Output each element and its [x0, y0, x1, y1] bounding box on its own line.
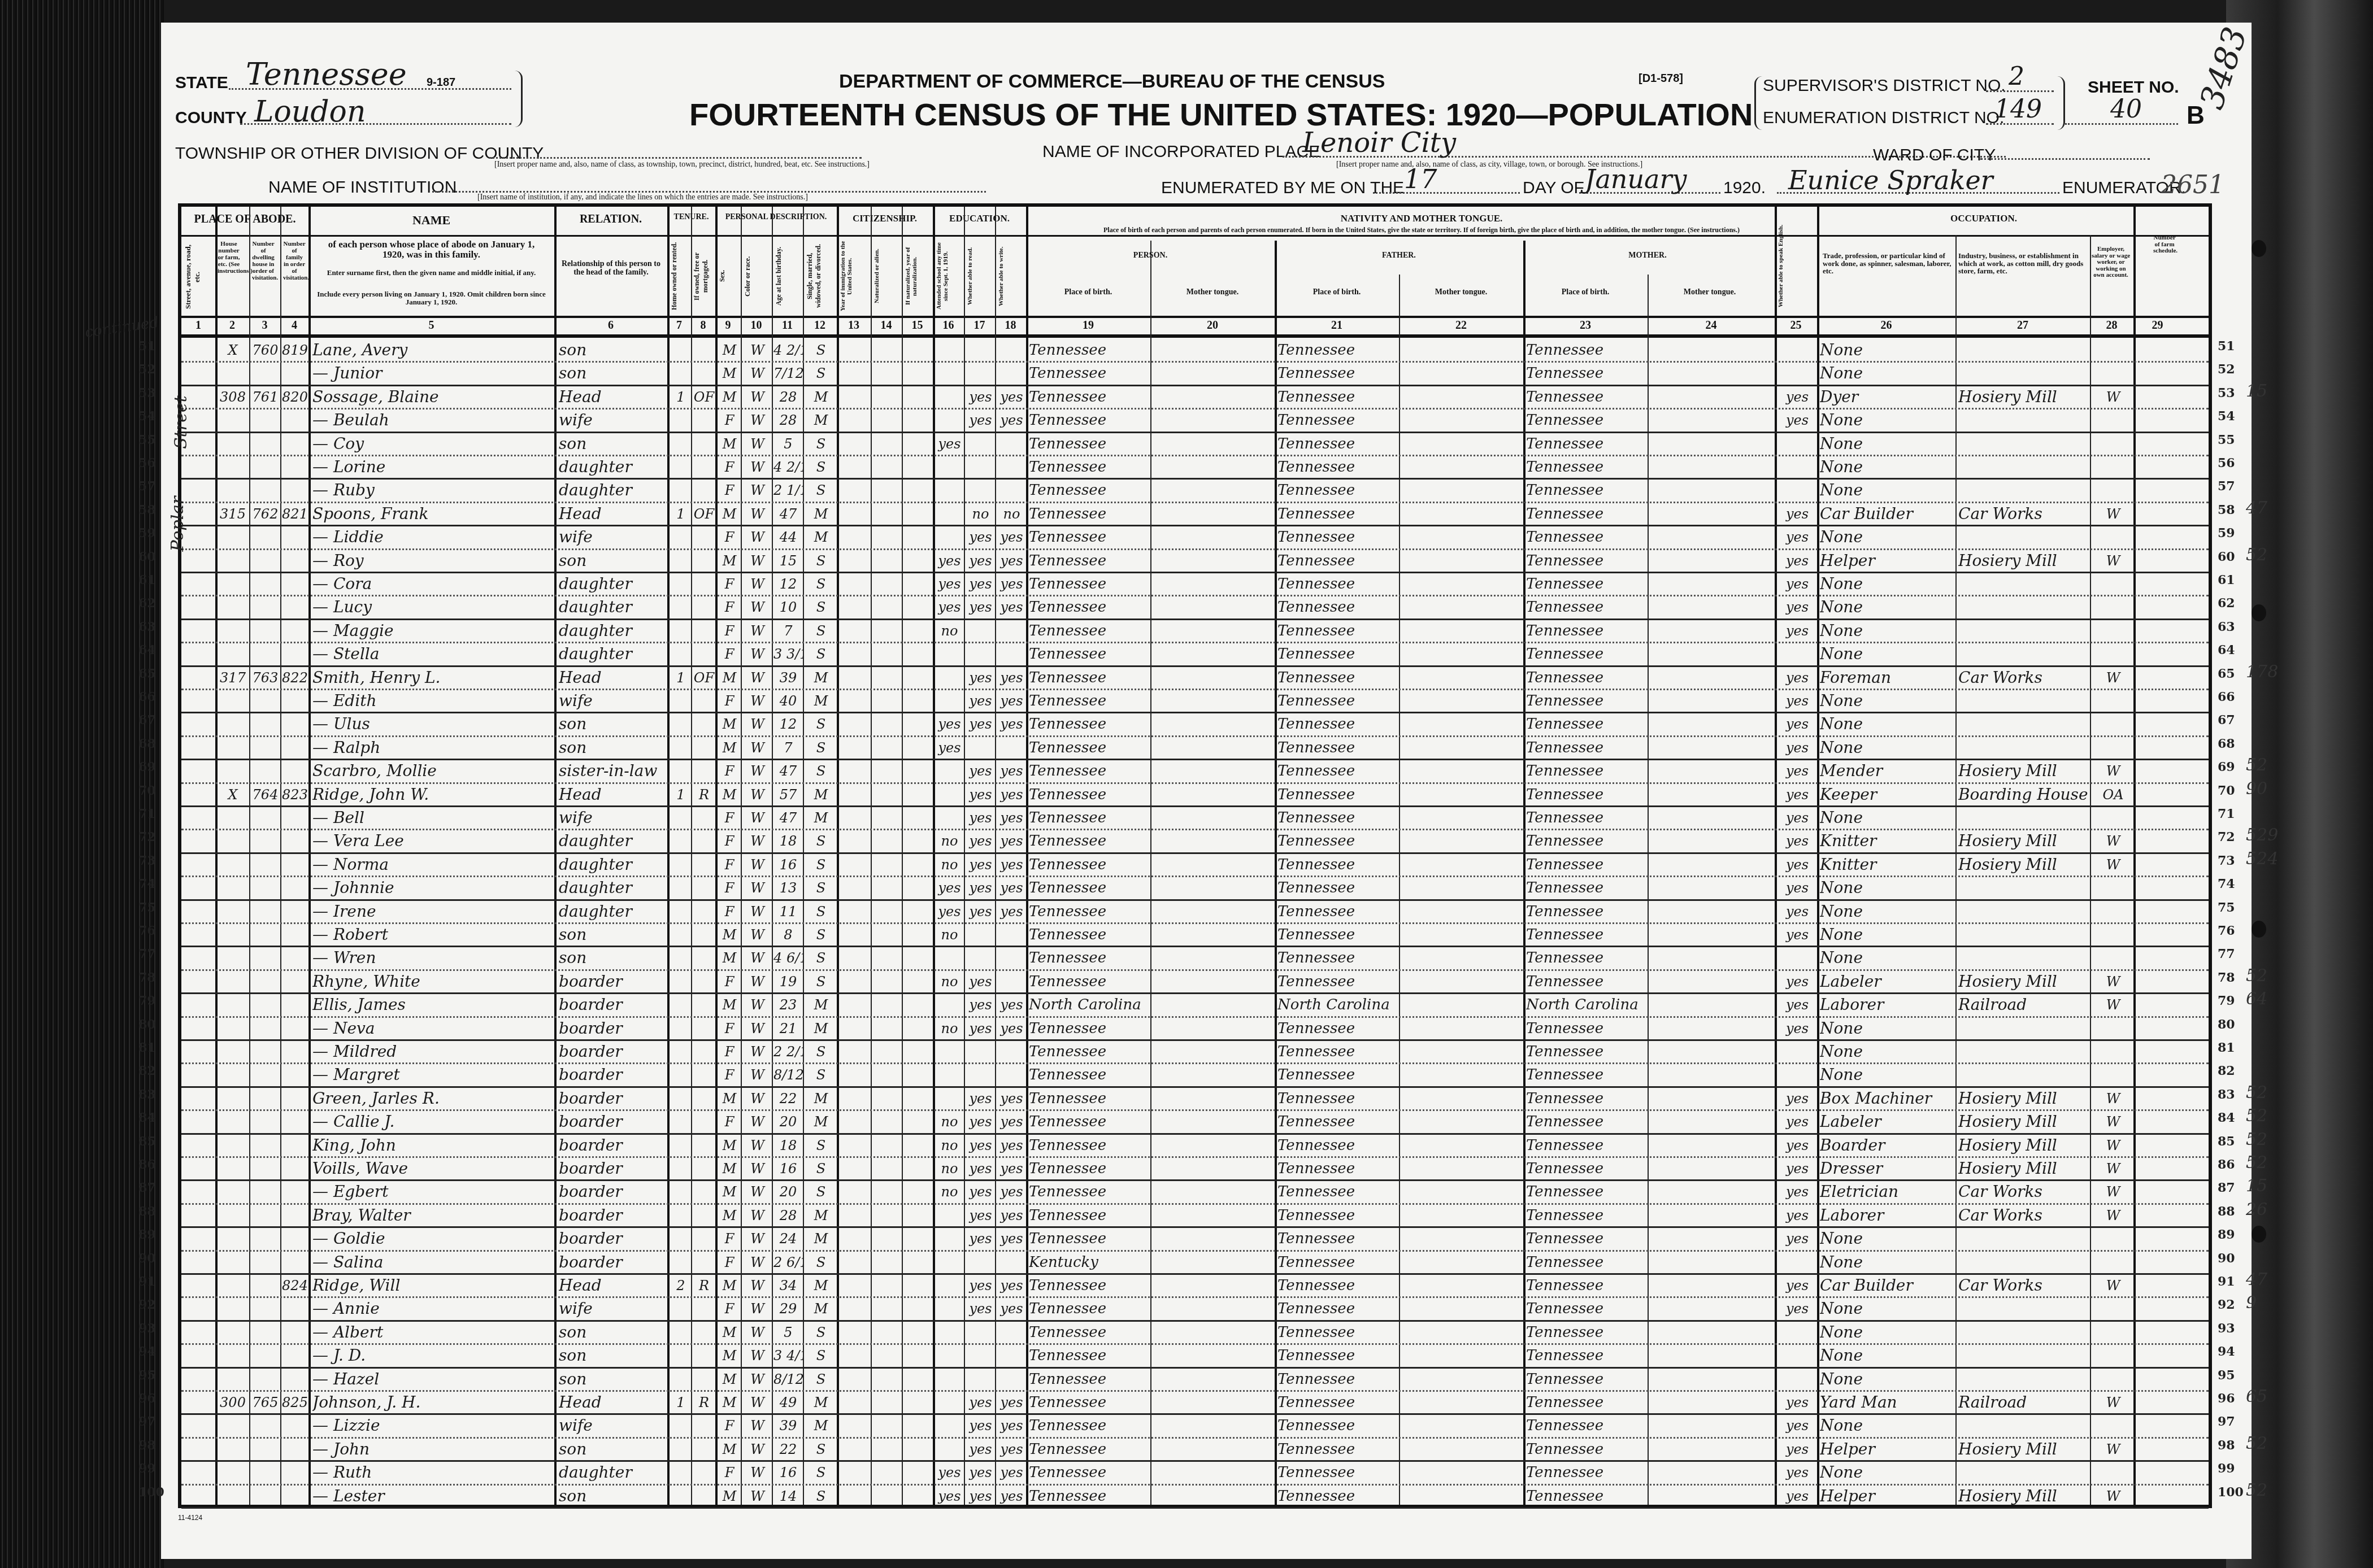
mother-birthplace-cell: Tennessee: [1526, 1133, 1648, 1155]
person-birthplace-cell: Tennessee: [1029, 595, 1150, 617]
race-cell: W: [743, 735, 772, 757]
house-number-cell: 300: [216, 1390, 249, 1412]
line-number: 62: [2218, 596, 2235, 611]
industry-cell: [1958, 619, 2090, 641]
mortgage-cell: [693, 712, 715, 734]
family-number-cell: [281, 1437, 308, 1459]
race-cell: W: [743, 969, 772, 991]
class-of-worker-cell: W: [2093, 1203, 2133, 1225]
house-number-cell: [216, 1156, 249, 1178]
dwelling-number-cell: 764: [250, 782, 280, 804]
industry-cell: [1958, 1250, 2090, 1272]
table-row: — JuniorsonMW7/12STennesseeTennesseeTenn…: [181, 361, 2209, 386]
english-cell: yes: [1777, 899, 1817, 921]
marital-status-cell: M: [805, 805, 837, 827]
column-number: 13: [837, 319, 871, 332]
line-number: 93: [2218, 1321, 2235, 1336]
group-relation: RELATION.: [554, 214, 667, 225]
relation-cell: Head: [559, 782, 667, 804]
english-cell: yes: [1777, 1413, 1817, 1435]
mortgage-cell: [693, 1296, 715, 1318]
street-cell: [181, 361, 215, 383]
mortgage-cell: [693, 852, 715, 874]
column-number: 6: [554, 319, 667, 332]
mother-birthplace-cell: Tennessee: [1526, 432, 1648, 454]
home-owned-cell: [671, 712, 691, 734]
read-cell: yes: [966, 782, 995, 804]
family-number-cell: [281, 992, 308, 1014]
person-birthplace-cell: Tennessee: [1029, 455, 1150, 477]
punch-hole: [2252, 604, 2266, 621]
read-cell: [966, 1367, 995, 1389]
age-cell: 21: [773, 1016, 803, 1038]
mother-birthplace-cell: Tennessee: [1526, 1179, 1648, 1201]
marital-status-cell: M: [805, 1273, 837, 1295]
house-number-cell: [216, 712, 249, 734]
census-table: PLACE OF ABODE. NAME of each person whos…: [178, 203, 2212, 1508]
industry-cell: Hosiery Mill: [1958, 852, 2090, 874]
school-cell: [935, 1226, 964, 1248]
line-number: 66: [2218, 690, 2235, 704]
mother-birthplace-cell: Tennessee: [1526, 899, 1648, 921]
trade-cell: Car Builder: [1820, 1273, 1955, 1295]
table-row: — MildredboarderFW2 2/12STennesseeTennes…: [181, 1039, 2209, 1064]
house-number-cell: [216, 1179, 249, 1201]
father-birthplace-cell: Tennessee: [1277, 1343, 1399, 1365]
trade-cell: None: [1820, 899, 1955, 921]
dwelling-number-cell: [250, 852, 280, 874]
person-birthplace-cell: Tennessee: [1029, 759, 1150, 781]
sheet-side: B: [2187, 102, 2205, 130]
marital-status-cell: M: [805, 1296, 837, 1318]
english-cell: yes: [1777, 969, 1817, 991]
house-number-cell: [216, 922, 249, 944]
school-cell: [935, 946, 964, 968]
english-cell: yes: [1777, 1460, 1817, 1482]
name-cell: — Bell: [312, 805, 554, 827]
industry-cell: [1958, 595, 2090, 617]
marital-status-cell: S: [805, 922, 837, 944]
sex-cell: F: [718, 1413, 741, 1435]
marital-status-cell: M: [805, 1413, 837, 1435]
name-cell: — Norma: [312, 852, 554, 874]
school-cell: yes: [935, 1484, 964, 1506]
english-cell: yes: [1777, 665, 1817, 687]
family-number-cell: 822: [281, 665, 308, 687]
father-birthplace-cell: Tennessee: [1277, 408, 1399, 430]
sex-cell: M: [718, 782, 741, 804]
read-cell: yes: [966, 1437, 995, 1459]
mother-birthplace-cell: Tennessee: [1526, 572, 1648, 594]
street-cell: [181, 735, 215, 757]
english-cell: yes: [1777, 1133, 1817, 1155]
write-cell: [997, 1250, 1026, 1272]
mother-birthplace-cell: Tennessee: [1526, 759, 1648, 781]
english-cell: yes: [1777, 852, 1817, 874]
class-of-worker-cell: [2093, 361, 2133, 383]
age-cell: 5: [773, 1320, 803, 1342]
table-row: — RoysonMW15SyesyesyesTennesseeTennessee…: [181, 548, 2209, 573]
class-of-worker-cell: [2093, 689, 2133, 711]
school-cell: no: [935, 1133, 964, 1155]
marital-status-cell: S: [805, 852, 837, 874]
read-cell: yes: [966, 385, 995, 407]
line-number: 94: [2218, 1344, 2235, 1359]
school-cell: [935, 1086, 964, 1108]
read-cell: [966, 946, 995, 968]
write-cell: yes: [997, 1460, 1026, 1482]
marital-status-cell: S: [805, 455, 837, 477]
write-cell: yes: [997, 1109, 1026, 1131]
table-row: Ellis, JamesboarderMW23MyesyesNorth Caro…: [181, 992, 2209, 1017]
father-birthplace-cell: Tennessee: [1277, 1484, 1399, 1506]
home-owned-cell: [671, 361, 691, 383]
marital-status-cell: S: [805, 1156, 837, 1178]
read-cell: [966, 1343, 995, 1365]
dwelling-number-cell: [250, 1109, 280, 1131]
school-cell: no: [935, 852, 964, 874]
name-cell: Bray, Walter: [312, 1203, 554, 1225]
father-birthplace-cell: Tennessee: [1277, 1226, 1399, 1248]
marital-status-cell: M: [805, 1390, 837, 1412]
family-number-cell: [281, 1296, 308, 1318]
family-number-cell: [281, 1413, 308, 1435]
mortgage-cell: R: [693, 782, 715, 804]
marital-status-cell: S: [805, 1367, 837, 1389]
dwelling-number-cell: [250, 525, 280, 547]
relation-cell: boarder: [559, 1133, 667, 1155]
trade-cell: Foreman: [1820, 665, 1955, 687]
sex-cell: M: [718, 1156, 741, 1178]
column-number: 16: [933, 319, 964, 332]
industry-cell: [1958, 689, 2090, 711]
father-birthplace-cell: Tennessee: [1277, 619, 1399, 641]
class-of-worker-cell: [2093, 1016, 2133, 1038]
table-row: — LizziewifeFW39MyesyesTennesseeTennesse…: [181, 1413, 2209, 1438]
industry-cell: Hosiery Mill: [1958, 1133, 2090, 1155]
street-cell: [181, 1320, 215, 1342]
enumeration-value: 149: [1994, 95, 2042, 124]
race-cell: W: [743, 1203, 772, 1225]
father-birthplace-cell: Tennessee: [1277, 1390, 1399, 1412]
occupation-code: 529: [2246, 825, 2278, 845]
marital-status-cell: M: [805, 689, 837, 711]
race-cell: W: [743, 829, 772, 851]
class-of-worker-cell: W: [2093, 665, 2133, 687]
class-of-worker-cell: [2093, 712, 2133, 734]
race-cell: W: [743, 1296, 772, 1318]
mother-birthplace-cell: Tennessee: [1526, 642, 1648, 664]
name-instr-1: Enter surname first, then the given name…: [317, 269, 546, 277]
mortgage-cell: [693, 642, 715, 664]
sheet-value: 40: [2110, 95, 2142, 124]
nativity-desc: Place of birth of each person and parent…: [1040, 227, 1803, 234]
family-number-cell: [281, 805, 308, 827]
street-cell: [181, 1296, 215, 1318]
dwelling-number-cell: [250, 1016, 280, 1038]
column-number: 14: [871, 319, 902, 332]
father-birthplace-cell: Tennessee: [1277, 1203, 1399, 1225]
dwelling-number-cell: [250, 1273, 280, 1295]
column-number: 18: [995, 319, 1026, 332]
dwelling-number-cell: [250, 1156, 280, 1178]
age-cell: 47: [773, 502, 803, 524]
marital-status-cell: S: [805, 572, 837, 594]
marital-status-cell: S: [805, 1133, 837, 1155]
marital-status-cell: S: [805, 712, 837, 734]
family-number-cell: [281, 1343, 308, 1365]
age-cell: 24: [773, 1226, 803, 1248]
name-cell: — Ralph: [312, 735, 554, 757]
column-number: 19: [1026, 319, 1150, 332]
person-birthplace-cell: North Carolina: [1029, 992, 1150, 1014]
person-birthplace-cell: Tennessee: [1029, 1226, 1150, 1248]
line-number: 74: [2218, 877, 2235, 891]
relation-cell: son: [559, 712, 667, 734]
read-cell: yes: [966, 1156, 995, 1178]
family-number-cell: [281, 1250, 308, 1272]
dwelling-number-cell: [250, 1320, 280, 1342]
house-number-cell: 315: [216, 502, 249, 524]
father-birthplace-cell: Tennessee: [1277, 876, 1399, 898]
dwelling-number-cell: [250, 992, 280, 1014]
enumerator-stamp: 2651: [2161, 171, 2224, 199]
marital-status-cell: S: [805, 829, 837, 851]
line-number: 52: [2218, 362, 2235, 377]
trade-cell: None: [1820, 922, 1955, 944]
father-birthplace-cell: Tennessee: [1277, 455, 1399, 477]
group-header-divider: [181, 235, 2209, 237]
line-number: 96: [2218, 1391, 2235, 1406]
group-name: NAME: [308, 214, 554, 227]
table-row: — RuthdaughterFW16SyesyesyesTennesseeTen…: [181, 1460, 2209, 1485]
bracket: [2057, 76, 2065, 130]
class-of-worker-cell: [2093, 455, 2133, 477]
write-cell: [997, 1062, 1026, 1084]
name-cell: — Coy: [312, 432, 554, 454]
line-number: 96: [138, 1391, 156, 1406]
person-birthplace-cell: Tennessee: [1029, 1062, 1150, 1084]
line-number: 82: [138, 1064, 156, 1078]
school-cell: yes: [935, 1460, 964, 1482]
line-number: 61: [2218, 573, 2235, 587]
trade-cell: None: [1820, 455, 1955, 477]
vh-mortgage: If owned, free or mortgaged.: [693, 239, 713, 313]
industry-cell: Hosiery Mill: [1958, 1086, 2090, 1108]
street-cell: [181, 1413, 215, 1435]
table-row: — WrensonMW4 6/12STennesseeTennesseeTenn…: [181, 946, 2209, 970]
mortgage-cell: [693, 1437, 715, 1459]
township-label: TOWNSHIP OR OTHER DIVISION OF COUNTY: [175, 144, 544, 163]
person-birthplace-cell: Tennessee: [1029, 338, 1150, 360]
home-owned-cell: 2: [671, 1273, 691, 1295]
class-of-worker-cell: [2093, 899, 2133, 921]
name-cell: — Callie J.: [312, 1109, 554, 1131]
father-birthplace-cell: Tennessee: [1277, 595, 1399, 617]
relation-cell: daughter: [559, 572, 667, 594]
family-number-cell: [281, 712, 308, 734]
name-cell: — Hazel: [312, 1367, 554, 1389]
year-label: 1920.: [1723, 178, 1766, 198]
house-number-cell: [216, 735, 249, 757]
occupation-code: 47: [2246, 1270, 2267, 1290]
column-number: 21: [1275, 319, 1399, 332]
line-number: 60: [138, 550, 156, 564]
dwelling-number-cell: [250, 478, 280, 500]
name-cell: Sossage, Blaine: [312, 385, 554, 407]
relation-cell: wife: [559, 805, 667, 827]
table-row: — RalphsonMW7SyesTennesseeTennesseeTenne…: [181, 735, 2209, 760]
age-cell: 2 6/12: [773, 1250, 803, 1272]
occupation-code: 15: [2246, 1176, 2267, 1196]
trade-cell: None: [1820, 1016, 1955, 1038]
industry-cell: Railroad: [1958, 992, 2090, 1014]
line-number: 72: [138, 830, 156, 844]
industry-desc: Industry, business, or establishment in …: [1958, 252, 2088, 275]
mortgage-cell: [693, 969, 715, 991]
father-tongue-header: Mother tongue.: [1399, 289, 1523, 297]
school-cell: no: [935, 1179, 964, 1201]
sex-cell: F: [718, 525, 741, 547]
class-of-worker-cell: W: [2093, 502, 2133, 524]
family-number-cell: [281, 455, 308, 477]
line-number: 84: [138, 1110, 156, 1125]
race-cell: W: [743, 689, 772, 711]
street-cell: [181, 969, 215, 991]
footer-code: 11-4124: [178, 1514, 202, 1522]
english-cell: yes: [1777, 1226, 1817, 1248]
person-birthplace-cell: Tennessee: [1029, 1133, 1150, 1155]
dwelling-number-cell: [250, 1226, 280, 1248]
sex-cell: F: [718, 408, 741, 430]
write-cell: yes: [997, 525, 1026, 547]
father-birthplace-cell: Tennessee: [1277, 1250, 1399, 1272]
write-cell: [997, 361, 1026, 383]
english-cell: yes: [1777, 595, 1817, 617]
english-cell: yes: [1777, 1390, 1817, 1412]
age-cell: 18: [773, 829, 803, 851]
dwelling-number-cell: [250, 899, 280, 921]
english-cell: yes: [1777, 1437, 1817, 1459]
trade-cell: None: [1820, 1320, 1955, 1342]
sex-cell: F: [718, 1250, 741, 1272]
person-birthplace-cell: Tennessee: [1029, 1413, 1150, 1435]
person-birthplace-cell: Tennessee: [1029, 642, 1150, 664]
father-birthplace-cell: Tennessee: [1277, 1320, 1399, 1342]
industry-cell: Hosiery Mill: [1958, 385, 2090, 407]
marital-status-cell: M: [805, 1016, 837, 1038]
line-number: 90: [138, 1251, 156, 1266]
write-cell: no: [997, 502, 1026, 524]
trade-cell: Eletrician: [1820, 1179, 1955, 1201]
trade-cell: None: [1820, 642, 1955, 664]
mortgage-cell: [693, 992, 715, 1014]
home-owned-cell: [671, 1086, 691, 1108]
sex-cell: M: [718, 1343, 741, 1365]
family-number-cell: [281, 1133, 308, 1155]
relation-cell: son: [559, 338, 667, 360]
write-cell: [997, 455, 1026, 477]
person-birthplace-cell: Tennessee: [1029, 361, 1150, 383]
family-number-cell: [281, 689, 308, 711]
write-cell: yes: [997, 782, 1026, 804]
occupation-code: 52: [2246, 1434, 2267, 1453]
name-cell: — Stella: [312, 642, 554, 664]
family-number-cell: [281, 1156, 308, 1178]
table-row: — Callie J.boarderFW20MnoyesyesTennessee…: [181, 1109, 2209, 1134]
name-cell: — Goldie: [312, 1226, 554, 1248]
school-cell: yes: [935, 432, 964, 454]
street-cell: [181, 946, 215, 968]
institution-note: [Insert name of institution, if any, and…: [477, 193, 808, 202]
relation-cell: son: [559, 946, 667, 968]
write-cell: yes: [997, 899, 1026, 921]
line-number: 54: [2218, 409, 2235, 424]
mother-birthplace-cell: Tennessee: [1526, 922, 1648, 944]
mortgage-cell: [693, 455, 715, 477]
person-birthplace-cell: Tennessee: [1029, 829, 1150, 851]
column-number: 12: [803, 319, 837, 332]
read-cell: yes: [966, 689, 995, 711]
person-birthplace-cell: Tennessee: [1029, 1484, 1150, 1506]
relation-cell: sister-in-law: [559, 759, 667, 781]
street-cell: [181, 1343, 215, 1365]
father-birthplace-cell: Tennessee: [1277, 1133, 1399, 1155]
stamp-number: 3483: [2192, 23, 2254, 114]
relation-cell: son: [559, 1320, 667, 1342]
person-birthplace-cell: Tennessee: [1029, 1109, 1150, 1131]
sex-cell: F: [718, 876, 741, 898]
mortgage-cell: [693, 805, 715, 827]
write-cell: yes: [997, 1390, 1026, 1412]
column-number: 23: [1523, 319, 1648, 332]
dwelling-number-cell: [250, 1086, 280, 1108]
dwelling-number-cell: [250, 712, 280, 734]
age-cell: 34: [773, 1273, 803, 1295]
relation-cell: wife: [559, 1413, 667, 1435]
home-owned-cell: [671, 1320, 691, 1342]
person-birthplace-cell: Tennessee: [1029, 1203, 1150, 1225]
industry-cell: Car Works: [1958, 1179, 2090, 1201]
class-of-worker-cell: [2093, 1226, 2133, 1248]
industry-cell: [1958, 1226, 2090, 1248]
trade-cell: None: [1820, 1226, 1955, 1248]
street-cell: [181, 1062, 215, 1084]
name-cell: — Lorine: [312, 455, 554, 477]
read-cell: yes: [966, 1460, 995, 1482]
write-cell: yes: [997, 385, 1026, 407]
industry-cell: [1958, 572, 2090, 594]
vh-naturalized: Naturalized or alien.: [873, 239, 902, 313]
family-number-cell: [281, 1460, 308, 1482]
father-birthplace-cell: North Carolina: [1277, 992, 1399, 1014]
father-birthplace-cell: Tennessee: [1277, 548, 1399, 570]
name-cell: — Lucy: [312, 595, 554, 617]
age-cell: 7/12: [773, 361, 803, 383]
father-birthplace-cell: Tennessee: [1277, 969, 1399, 991]
name-cell: — Ulus: [312, 712, 554, 734]
table-row: — IrenedaughterFW11SyesyesyesTennesseeTe…: [181, 899, 2209, 924]
form-code: [D1-578]: [1638, 72, 1683, 85]
sex-cell: M: [718, 1179, 741, 1201]
home-owned-cell: [671, 689, 691, 711]
family-number-cell: 820: [281, 385, 308, 407]
read-cell: yes: [966, 992, 995, 1014]
group-occupation: OCCUPATION.: [1817, 214, 2150, 224]
state-value: Tennessee: [246, 56, 407, 92]
sex-cell: M: [718, 385, 741, 407]
name-cell: Rhyne, White: [312, 969, 554, 991]
